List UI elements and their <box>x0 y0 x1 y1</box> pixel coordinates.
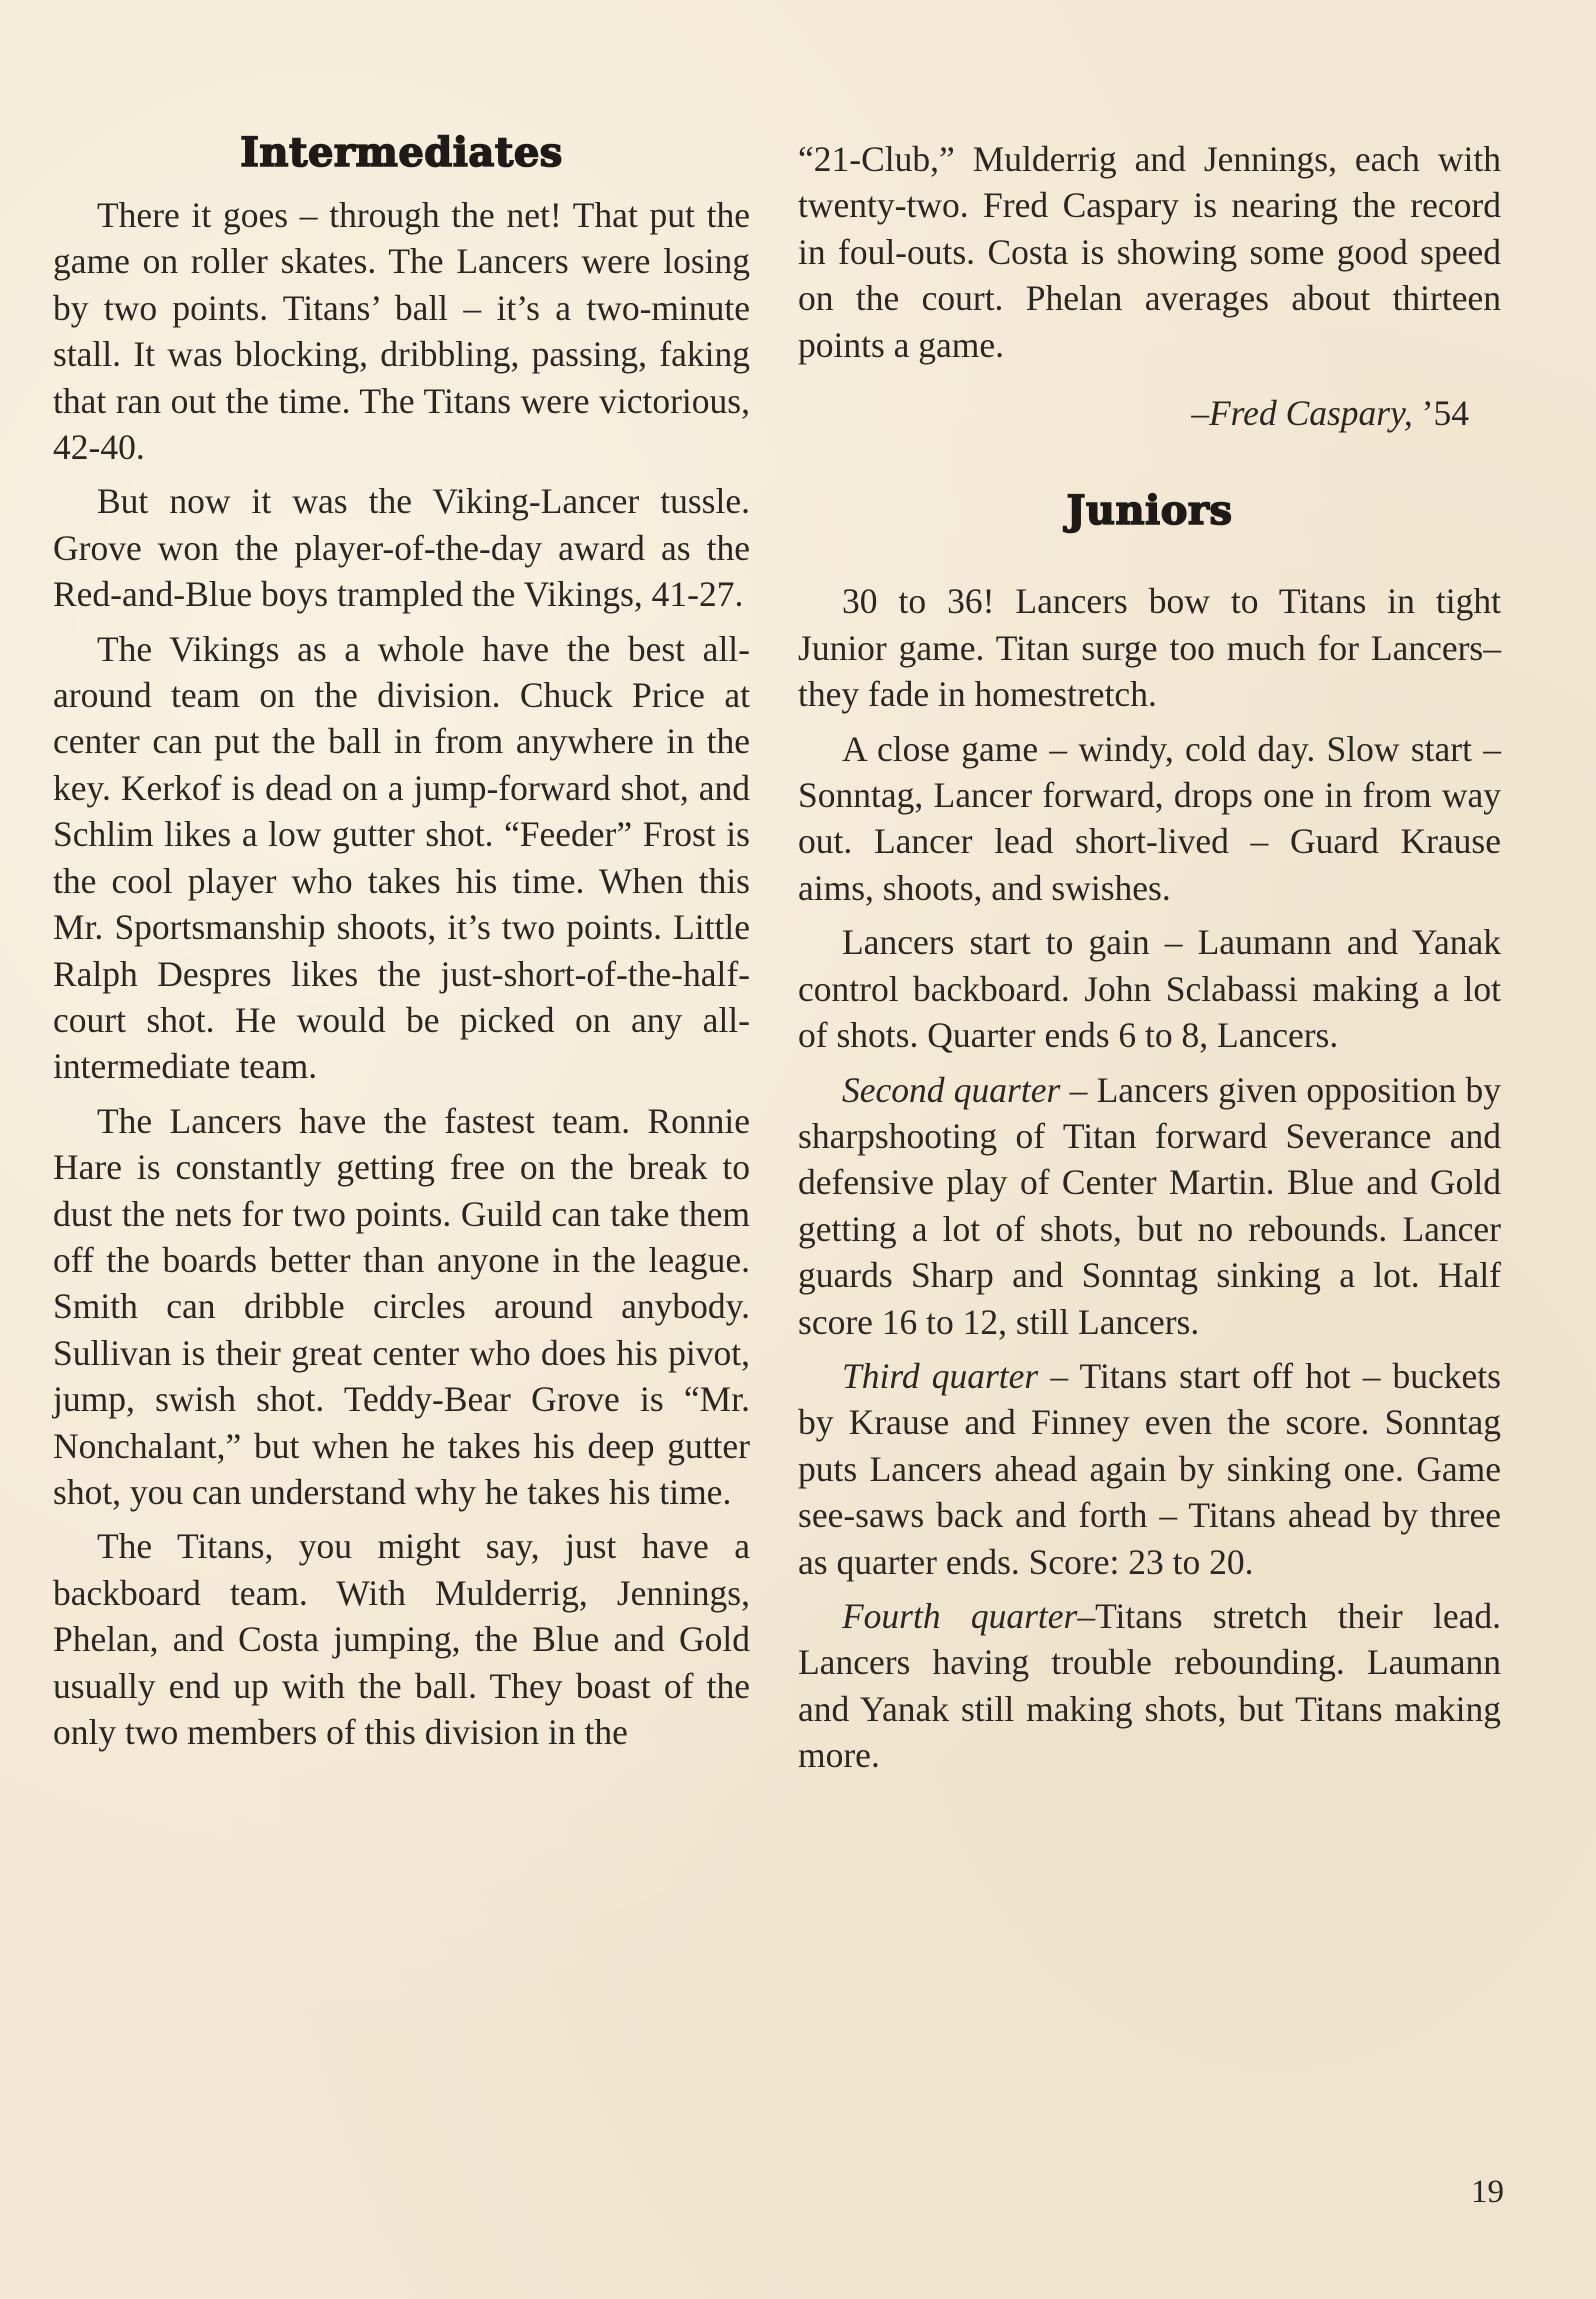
paragraph: 30 to 36! Lancers bow to Titans in tight… <box>798 578 1501 717</box>
paragraph-text: Lancers start to gain – Laumann and Yana… <box>798 922 1501 1055</box>
paragraph-lead: Fourth quarter <box>842 1596 1077 1636</box>
author-class-year: ’54 <box>1413 393 1469 433</box>
paragraph-text: – Lancers given opposition by sharpshoot… <box>798 1070 1501 1342</box>
paragraph-lead: Second quarter <box>842 1070 1060 1110</box>
paragraph: The Titans, you might say, just have a b… <box>53 1523 750 1755</box>
paragraph: Lancers start to gain – Laumann and Yana… <box>798 919 1501 1058</box>
paragraph-third-quarter: Third quarter – Titans start off hot – b… <box>798 1353 1501 1585</box>
page-number: 19 <box>1471 2172 1504 2212</box>
author-name: –Fred Caspary, <box>1191 393 1413 433</box>
paragraph-text: A close game – windy, cold day. Slow sta… <box>798 729 1501 908</box>
section-heading-intermediates: Intermediates <box>53 130 750 176</box>
left-column: Intermediates There it goes – through th… <box>53 130 750 1763</box>
paragraph: But now it was the Viking-Lancer tussle.… <box>53 478 750 617</box>
paragraph: There it goes – through the net! That pu… <box>53 192 750 470</box>
paragraph-second-quarter: Second quarter – Lancers given oppositio… <box>798 1067 1501 1345</box>
section-heading-juniors: Juniors <box>798 488 1501 534</box>
paragraph-fourth-quarter: Fourth quarter–Titans stretch their lead… <box>798 1593 1501 1779</box>
paragraph: The Vikings as a whole have the best all… <box>53 626 750 1090</box>
paragraph: The Lancers have the fastest team. Ronni… <box>53 1098 750 1516</box>
paragraph-lead: Third quarter <box>842 1356 1038 1396</box>
right-column: “21-Club,” Mulderrig and Jennings, each … <box>798 136 1501 1787</box>
magazine-page: Intermediates There it goes – through th… <box>0 0 1596 2299</box>
author-byline: –Fred Caspary, ’54 <box>798 390 1501 436</box>
paragraph: A close game – windy, cold day. Slow sta… <box>798 726 1501 912</box>
continued-paragraph: “21-Club,” Mulderrig and Jennings, each … <box>798 136 1501 368</box>
paragraph-text: 30 to 36! Lancers bow to Titans in tight… <box>798 581 1501 714</box>
